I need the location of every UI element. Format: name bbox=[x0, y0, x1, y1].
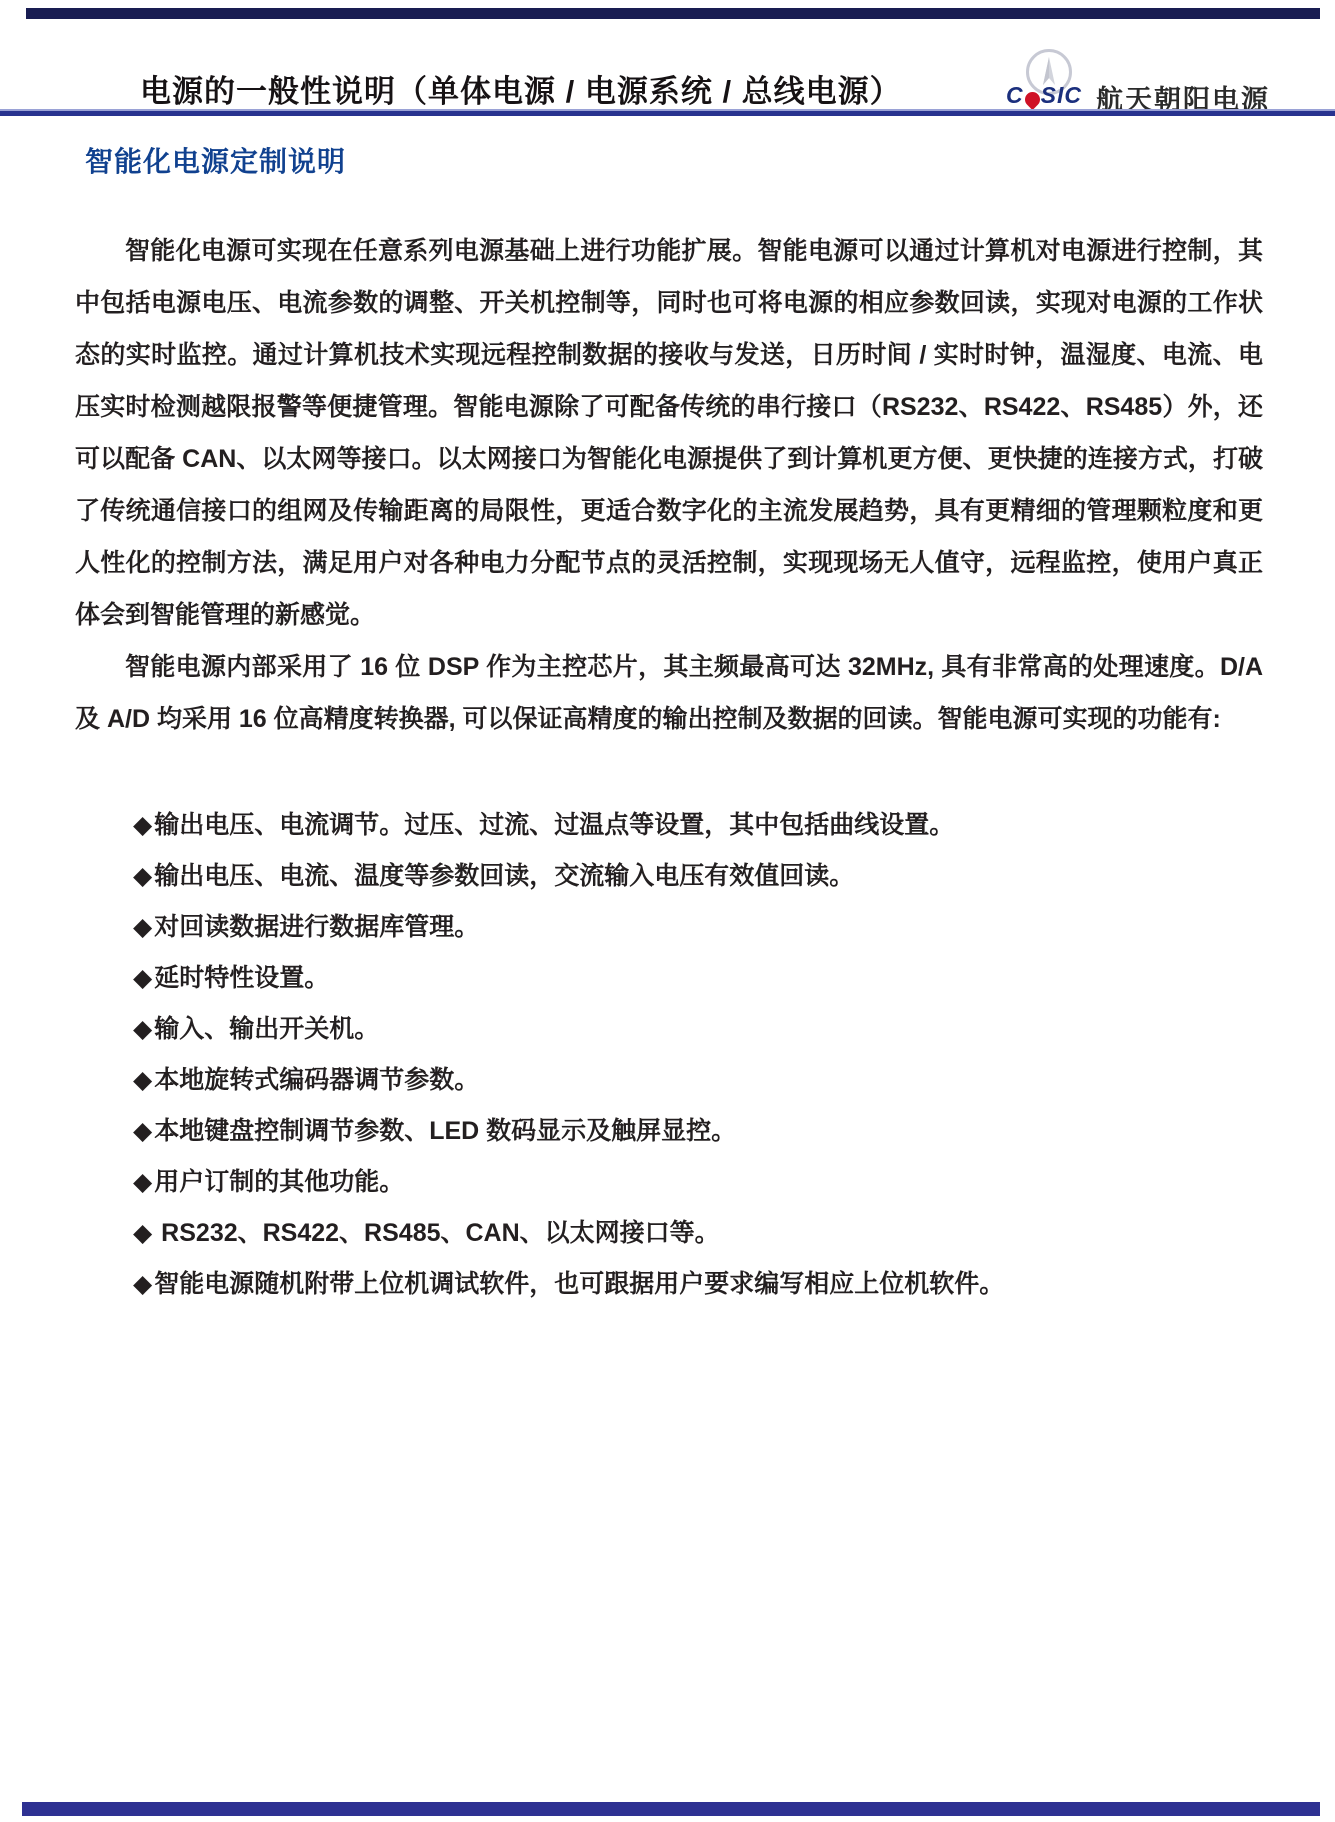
list-item: ◆延时特性设置。 bbox=[133, 953, 1193, 1004]
list-item-text: 输出电压、电流调节。过压、过流、过温点等设置，其中包括曲线设置。 bbox=[154, 811, 954, 839]
diamond-bullet-icon: ◆ bbox=[133, 1066, 152, 1094]
list-item-text: 对回读数据进行数据库管理。 bbox=[154, 913, 479, 941]
list-item: ◆对回读数据进行数据库管理。 bbox=[133, 902, 1193, 953]
header-divider bbox=[0, 109, 1335, 116]
list-item-text: 输入、输出开关机。 bbox=[154, 1015, 379, 1043]
paragraph: 智能电源内部采用了 16 位 DSP 作为主控芯片，其主频最高可达 32MHz,… bbox=[75, 641, 1263, 745]
diamond-bullet-icon: ◆ bbox=[133, 1117, 152, 1145]
bottom-accent-bar bbox=[22, 1802, 1320, 1816]
paragraph: 智能化电源可实现在任意系列电源基础上进行功能扩展。智能电源可以通过计算机对电源进… bbox=[75, 225, 1263, 641]
company-logo: C SIC 航天朝阳电源 bbox=[1000, 46, 1300, 110]
list-item: ◆输入、输出开关机。 bbox=[133, 1004, 1193, 1055]
section-title: 智能化电源定制说明 bbox=[85, 140, 346, 180]
flame-icon bbox=[1022, 89, 1043, 110]
casic-brand-text: C SIC bbox=[1006, 82, 1082, 109]
brand-suffix: SIC bbox=[1041, 82, 1082, 109]
list-item-text: 本地旋转式编码器调节参数。 bbox=[154, 1066, 479, 1094]
list-item-text: 本地键盘控制调节参数、LED 数码显示及触屏显控。 bbox=[154, 1117, 736, 1145]
page-header-title: 电源的一般性说明（单体电源 / 电源系统 / 总线电源） bbox=[140, 66, 902, 111]
diamond-bullet-icon: ◆ bbox=[133, 811, 152, 839]
list-item: ◆ RS232、RS422、RS485、CAN、以太网接口等。 bbox=[133, 1208, 1193, 1259]
list-item-text: RS232、RS422、RS485、CAN、以太网接口等。 bbox=[154, 1219, 719, 1247]
top-accent-bar bbox=[26, 8, 1320, 19]
diamond-bullet-icon: ◆ bbox=[133, 913, 152, 941]
list-item-text: 输出电压、电流、温度等参数回读，交流输入电压有效值回读。 bbox=[154, 862, 854, 890]
diamond-bullet-icon: ◆ bbox=[133, 1270, 152, 1298]
list-item: ◆用户订制的其他功能。 bbox=[133, 1157, 1193, 1208]
list-item: ◆输出电压、电流调节。过压、过流、过温点等设置，其中包括曲线设置。 bbox=[133, 800, 1193, 851]
diamond-bullet-icon: ◆ bbox=[133, 1168, 152, 1196]
list-item: ◆本地键盘控制调节参数、LED 数码显示及触屏显控。 bbox=[133, 1106, 1193, 1157]
diamond-bullet-icon: ◆ bbox=[133, 1015, 152, 1043]
catalog-page: 电源的一般性说明（单体电源 / 电源系统 / 总线电源） C SIC 航天朝阳电… bbox=[0, 0, 1335, 1822]
list-item: ◆本地旋转式编码器调节参数。 bbox=[133, 1055, 1193, 1106]
list-item-text: 智能电源随机附带上位机调试软件，也可跟据用户要求编写相应上位机软件。 bbox=[154, 1270, 1004, 1298]
list-item: ◆智能电源随机附带上位机调试软件，也可跟据用户要求编写相应上位机软件。 bbox=[133, 1259, 1193, 1310]
body-text-block: 智能化电源可实现在任意系列电源基础上进行功能扩展。智能电源可以通过计算机对电源进… bbox=[75, 225, 1263, 745]
list-item-text: 延时特性设置。 bbox=[154, 964, 329, 992]
list-item: ◆输出电压、电流、温度等参数回读，交流输入电压有效值回读。 bbox=[133, 851, 1193, 902]
feature-bullet-list: ◆输出电压、电流调节。过压、过流、过温点等设置，其中包括曲线设置。 ◆输出电压、… bbox=[133, 800, 1193, 1310]
list-item-text: 用户订制的其他功能。 bbox=[154, 1168, 404, 1196]
diamond-bullet-icon: ◆ bbox=[133, 862, 152, 890]
brand-prefix: C bbox=[1006, 82, 1024, 109]
diamond-bullet-icon: ◆ bbox=[133, 1219, 152, 1247]
diamond-bullet-icon: ◆ bbox=[133, 964, 152, 992]
